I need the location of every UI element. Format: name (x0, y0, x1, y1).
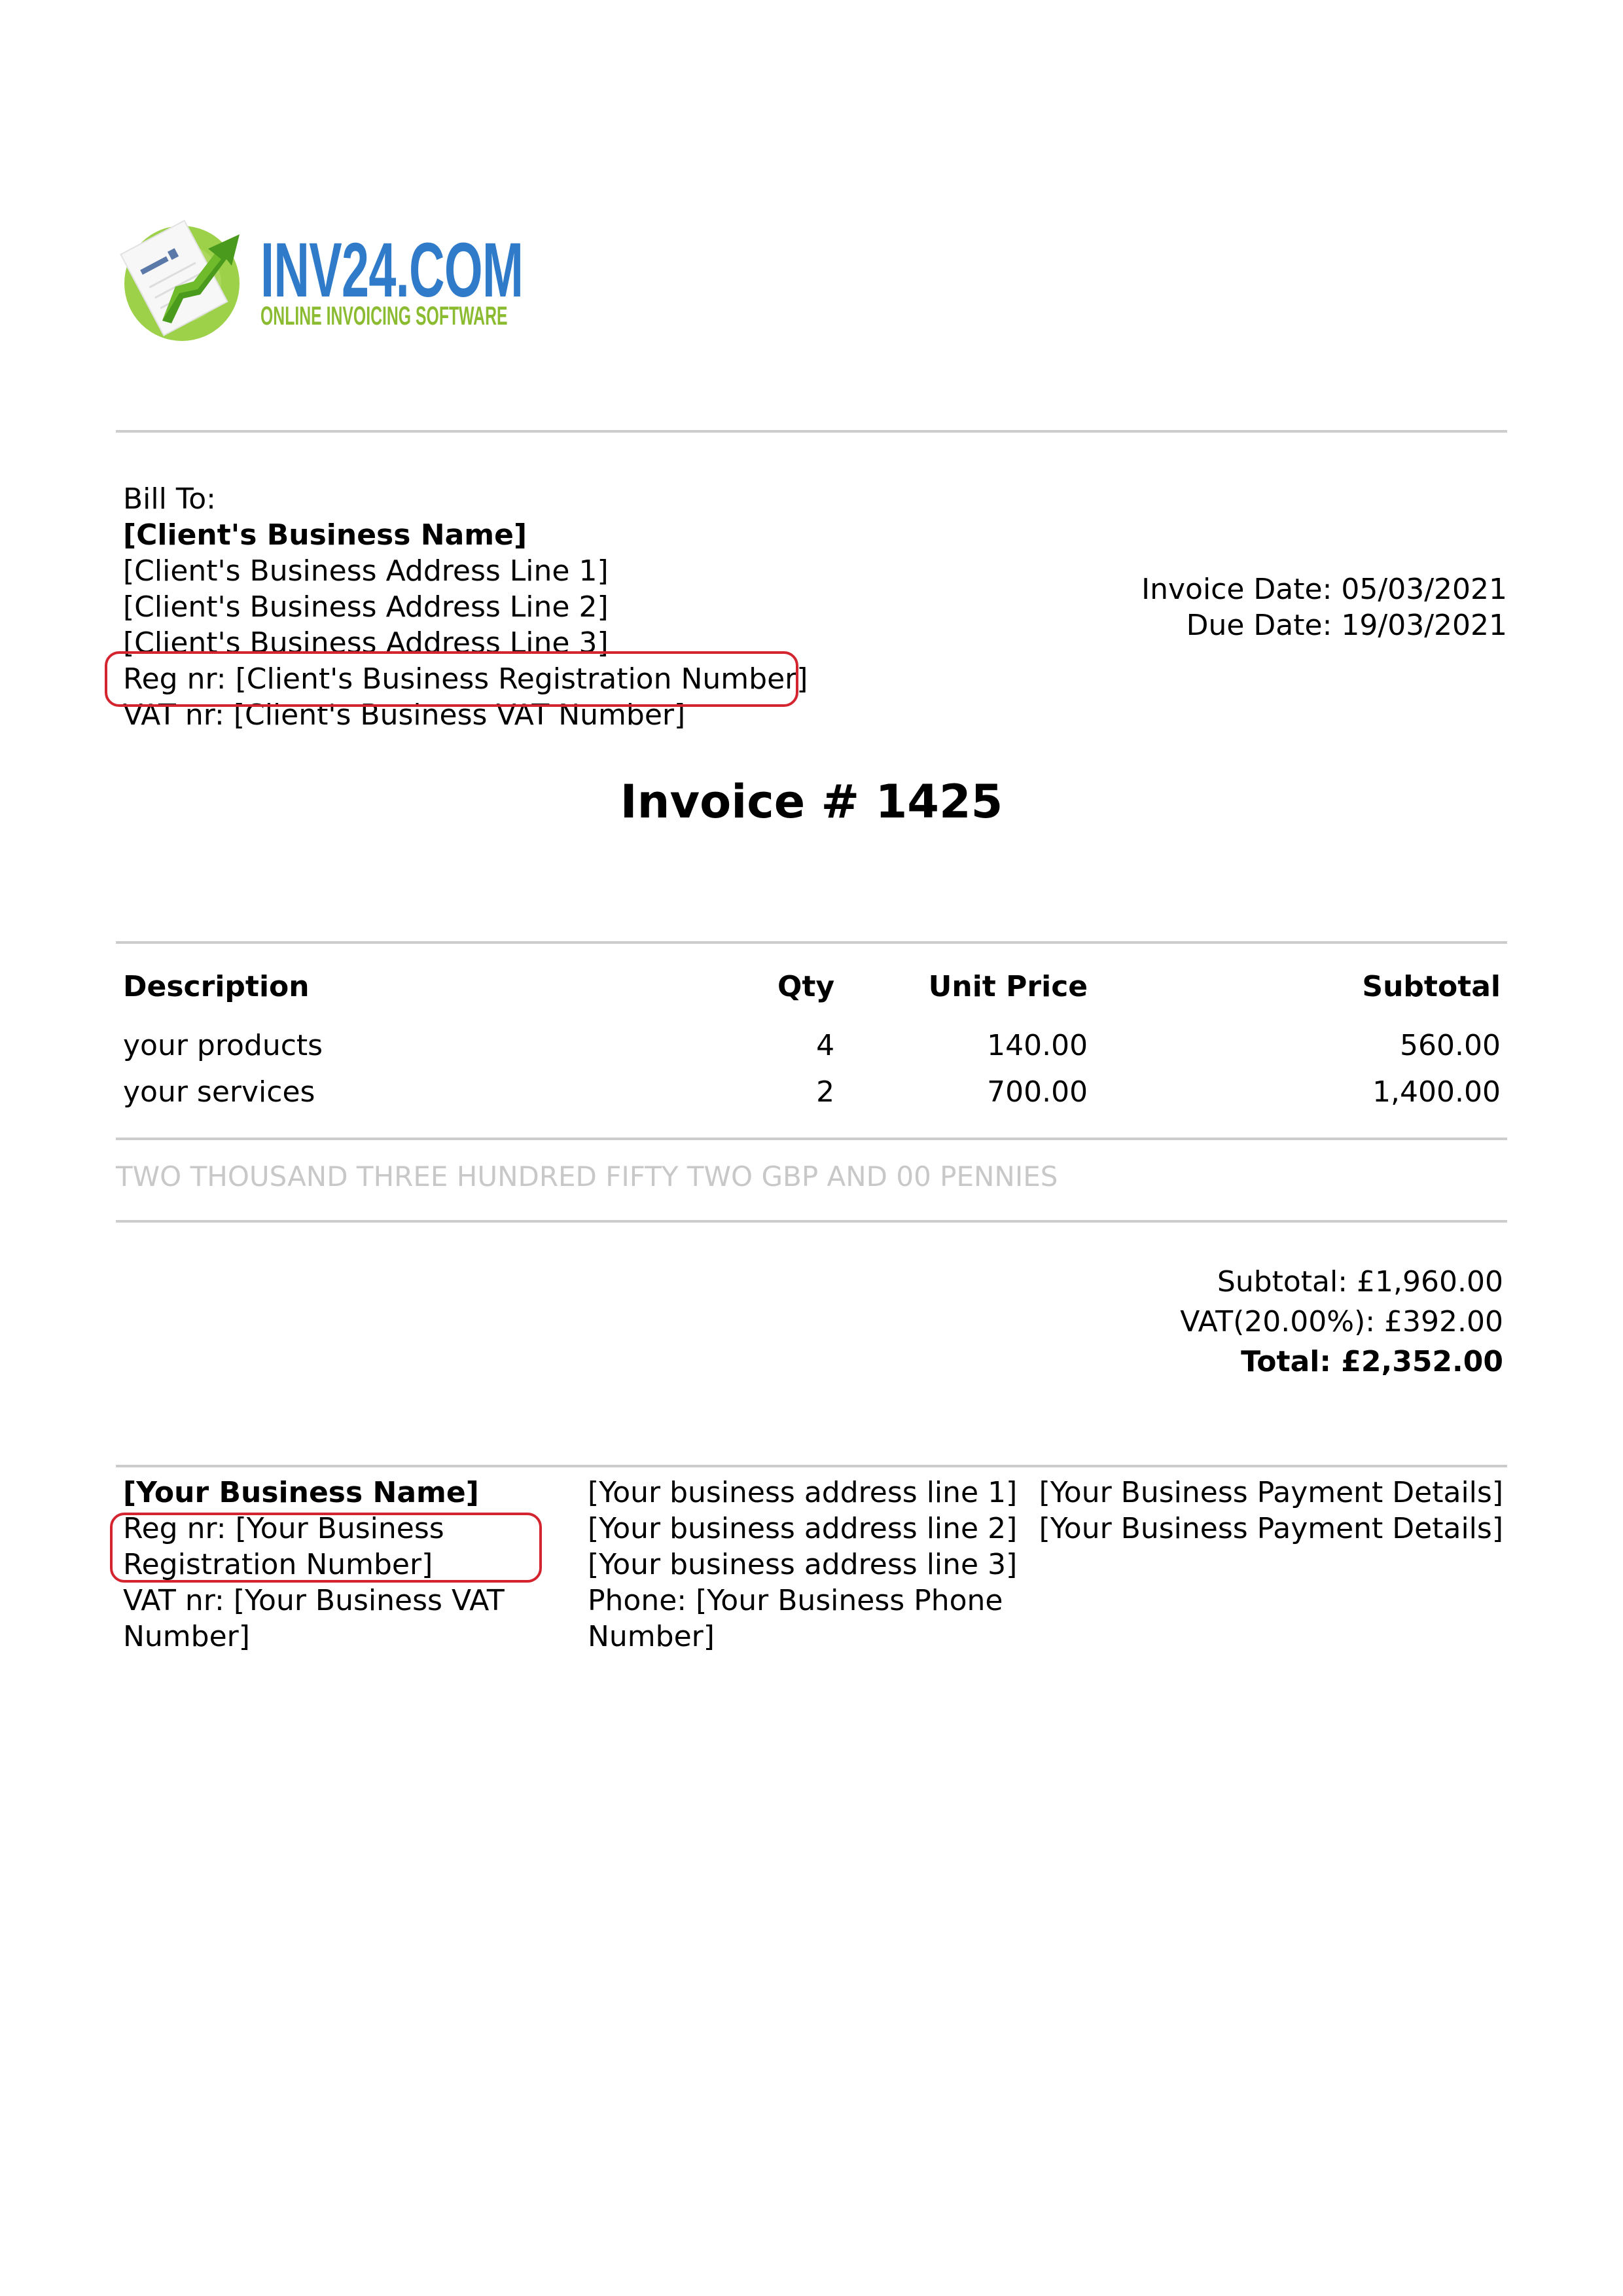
your-phone-line-1: Phone: [Your Business Phone (588, 1583, 1007, 1619)
footer-business-info: [Your Business Name] Reg nr: [Your Busin… (123, 1475, 542, 1655)
column-header-qty: Qty (777, 969, 834, 1028)
invoice-dates: Invoice Date: 05/03/2021 Due Date: 19/03… (1141, 571, 1507, 643)
invoice-chart-arrow-icon (116, 208, 247, 346)
client-address-line-2: [Client's Business Address Line 2] (123, 589, 808, 625)
footer-divider (116, 1465, 1507, 1467)
table-bottom-divider (116, 1138, 1507, 1140)
your-reg-nr-line-1: Reg nr: [Your Business (123, 1511, 542, 1547)
your-reg-nr-line-2: Registration Number] (123, 1547, 542, 1583)
table-header-row: Description Qty Unit Price Subtotal (123, 969, 1501, 1028)
payment-details-2: [Your Business Payment Details] (1039, 1511, 1503, 1547)
logo-wordmark: INV24.COM (260, 238, 523, 303)
line-items-table: Description Qty Unit Price Subtotal your… (123, 969, 1501, 1121)
column-header-description: Description (123, 969, 777, 1028)
table-top-divider (116, 941, 1507, 944)
company-logo: INV24.COM ONLINE INVOICING SOFTWARE (116, 208, 522, 346)
total-amount: Total: £2,352.00 (1180, 1342, 1503, 1382)
cell-qty: 2 (777, 1074, 834, 1121)
client-business-name: [Client's Business Name] (123, 517, 808, 553)
vat-amount: VAT(20.00%): £392.00 (1180, 1302, 1503, 1342)
totals-block: Subtotal: £1,960.00 VAT(20.00%): £392.00… (1180, 1262, 1503, 1382)
cell-subtotal: 560.00 (1088, 1028, 1501, 1074)
invoice-title: Invoice # 1425 (0, 776, 1623, 828)
table-row: your services 2 700.00 1,400.00 (123, 1074, 1501, 1121)
cell-description: your products (123, 1028, 777, 1074)
your-business-name: [Your Business Name] (123, 1475, 542, 1511)
cell-unit-price: 140.00 (834, 1028, 1088, 1074)
table-row: your products 4 140.00 560.00 (123, 1028, 1501, 1074)
subtotal-amount: Subtotal: £1,960.00 (1180, 1262, 1503, 1302)
due-date: Due Date: 19/03/2021 (1141, 607, 1507, 643)
cell-subtotal: 1,400.00 (1088, 1074, 1501, 1121)
your-vat-nr-line-1: VAT nr: [Your Business VAT (123, 1583, 542, 1619)
your-vat-nr-line-2: Number] (123, 1619, 542, 1655)
cell-description: your services (123, 1074, 777, 1121)
header-divider (116, 430, 1507, 433)
payment-details-1: [Your Business Payment Details] (1039, 1475, 1503, 1511)
words-divider (116, 1220, 1507, 1223)
invoice-date: Invoice Date: 05/03/2021 (1141, 571, 1507, 607)
cell-unit-price: 700.00 (834, 1074, 1088, 1121)
footer-address: [Your business address line 1] [Your bus… (588, 1475, 1007, 1655)
your-phone-line-2: Number] (588, 1619, 1007, 1655)
logo-tagline: ONLINE INVOICING SOFTWARE (260, 303, 515, 329)
column-header-subtotal: Subtotal (1088, 969, 1501, 1028)
client-vat-nr: VAT nr: [Client's Business VAT Number] (123, 697, 808, 733)
client-address-line-3: [Client's Business Address Line 3] (123, 625, 808, 661)
your-address-line-3: [Your business address line 3] (588, 1547, 1007, 1583)
client-address-line-1: [Client's Business Address Line 1] (123, 553, 808, 589)
your-address-line-2: [Your business address line 2] (588, 1511, 1007, 1547)
bill-to-label: Bill To: (123, 481, 808, 517)
amount-in-words: TWO THOUSAND THREE HUNDRED FIFTY TWO GBP… (116, 1158, 1058, 1194)
your-address-line-1: [Your business address line 1] (588, 1475, 1007, 1511)
bill-to-block: Bill To: [Client's Business Name] [Clien… (123, 481, 808, 733)
column-header-unit-price: Unit Price (834, 969, 1088, 1028)
client-reg-nr: Reg nr: [Client's Business Registration … (123, 661, 808, 697)
cell-qty: 4 (777, 1028, 834, 1074)
footer-payment-details: [Your Business Payment Details] [Your Bu… (1039, 1475, 1503, 1547)
